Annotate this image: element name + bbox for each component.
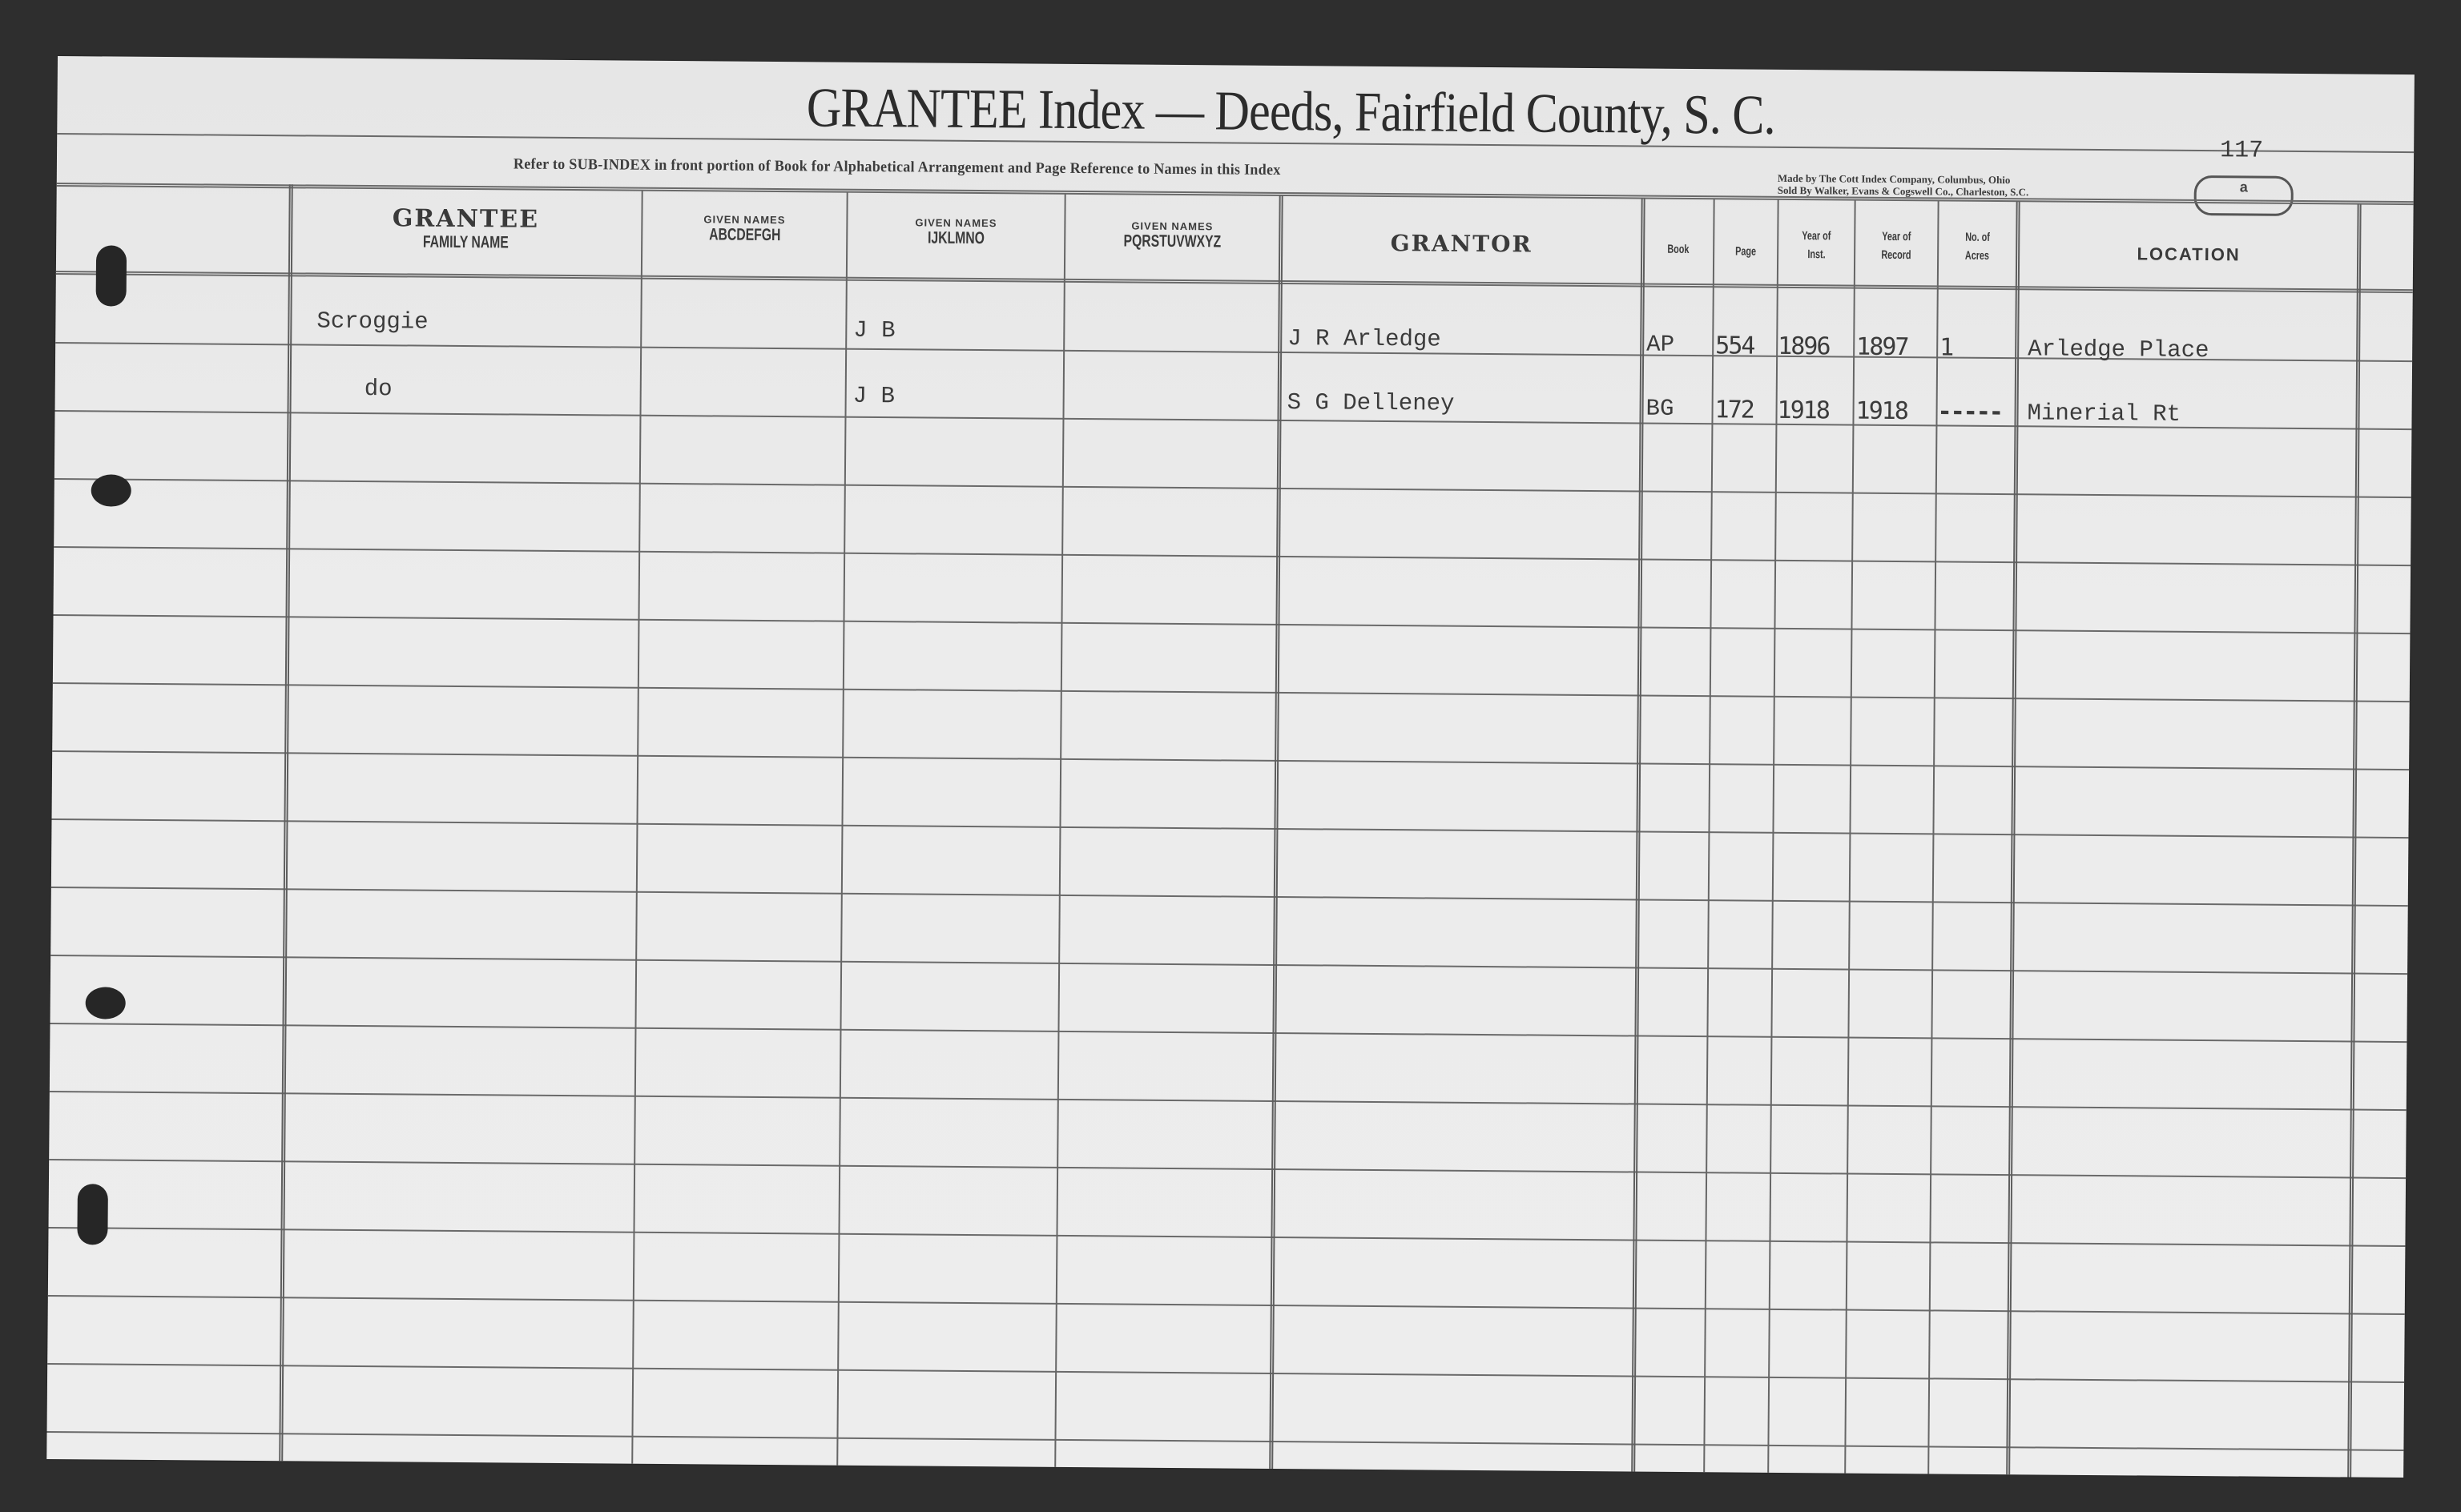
row-rule [46,1431,2403,1451]
index-tab-badge: a [2194,175,2294,216]
header-given1-sub: ABCDEFGH [709,225,780,245]
page-cell: 172 [1714,396,1753,424]
header-given-abcdefgh: GIVEN NAMES ABCDEFGH [642,213,846,246]
header-year-record-line2: Record [1881,244,1911,267]
column-divider [1844,200,1855,1474]
page-title: GRANTEE Index — Deeds, Fairfield County,… [222,72,2250,152]
header-given-ijklmno: GIVEN NAMES IJKLMNO [848,216,1064,249]
header-acres: No. of Acres [1939,226,2016,267]
grantor-book-divider [1631,199,1645,1472]
row-rule [53,682,2410,702]
family-name-cell: Scroggie [316,308,428,336]
header-page-label: Page [1735,240,1756,263]
row-rule [48,1295,2405,1315]
book-cell: AP [1646,332,1674,358]
header-given-pqrstuvwxyz: GIVEN NAMES PQRSTUVWXYZ [1065,219,1279,252]
index-card-page: GRANTEE Index — Deeds, Fairfield County,… [46,56,2415,1478]
punch-hole-slot [77,1184,108,1245]
row-rule [54,614,2411,634]
row-rule [50,1023,2407,1043]
column-divider [631,191,642,1464]
year-record-cell: 1897 [1856,333,1908,362]
row-rule [51,887,2408,907]
family-name-cell: do [365,376,393,402]
table-row: Scroggie J B J R Arledge AP 554 1896 189… [58,56,2415,74]
header-page: Page [1714,240,1777,263]
given-ijklmno-cell: J B [853,317,895,344]
header-book-label: Book [1668,239,1690,261]
right-margin-divider [2347,204,2361,1478]
row-rule [54,478,2411,498]
grantor-cell: S G Delleney [1287,389,1455,417]
column-divider [1767,199,1778,1473]
row-rule [47,1363,2404,1383]
given-ijklmno-cell: J B [853,383,895,409]
subindex-note: Refer to SUB-INDEX in front portion of B… [514,155,1281,179]
year-inst-cell: 1918 [1777,396,1829,425]
header-year-record: Year of Record [1855,226,1937,267]
punch-hole-round [91,474,131,506]
header-given3-sub: PQRSTUVWXYZ [1123,231,1221,251]
header-location-label: LOCATION [2137,243,2240,264]
header-grantor: GRANTOR [1282,229,1641,259]
header-location: LOCATION [2020,243,2357,266]
margin-divider [279,184,293,1461]
column-divider [836,192,848,1466]
column-divider [1054,194,1065,1467]
column-divider [1703,199,1714,1472]
header-grantee: GRANTEE FAMILY NAME [290,203,641,253]
grantor-cell: J R Arledge [1287,325,1441,353]
acres-cell: 1 [1939,333,1952,361]
punch-hole-slot [96,245,127,306]
header-given2-sub: IJKLMNO [928,229,985,249]
book-cell: BG [1645,396,1674,422]
row-rule [54,546,2411,566]
header-given1-title: GIVEN NAMES [642,213,846,227]
header-given3-title: GIVEN NAMES [1065,219,1279,233]
row-rule [50,1091,2407,1111]
header-grantee-title: GRANTEE [290,203,641,234]
column-divider [1927,200,1939,1474]
row-rule [52,818,2409,838]
year-inst-cell: 1896 [1778,332,1830,361]
acres-cell: ----- [1937,397,2002,426]
header-year-inst: Year of Inst. [1778,225,1854,267]
table-row: do J B S G Delleney BG 172 1918 1918 ---… [58,56,2415,74]
header-year-inst-line2: Inst. [1807,243,1825,266]
page-cell: 554 [1715,332,1754,360]
punch-hole-round [86,987,126,1019]
header-book: Book [1644,239,1713,262]
location-cell: Arledge Place [2028,336,2209,364]
page-number: 117 [2220,137,2263,164]
row-rule [50,955,2407,975]
location-cell: Minerial Rt [2027,400,2181,428]
header-acres-line2: Acres [1965,245,1989,267]
row-rule [52,750,2409,770]
header-given2-title: GIVEN NAMES [848,216,1064,230]
header-bottom-rule [56,271,2413,297]
header-grantee-sub: FAMILY NAME [423,233,509,253]
year-record-cell: 1918 [1855,397,1907,426]
maker-credit: Made by The Cott Index Company, Columbus… [1778,172,2029,198]
row-rule [49,1227,2406,1247]
acres-location-divider [2006,201,2020,1474]
grantor-divider [1269,195,1283,1469]
header-grantor-title: GRANTOR [1282,229,1641,259]
row-rule [49,1159,2406,1179]
